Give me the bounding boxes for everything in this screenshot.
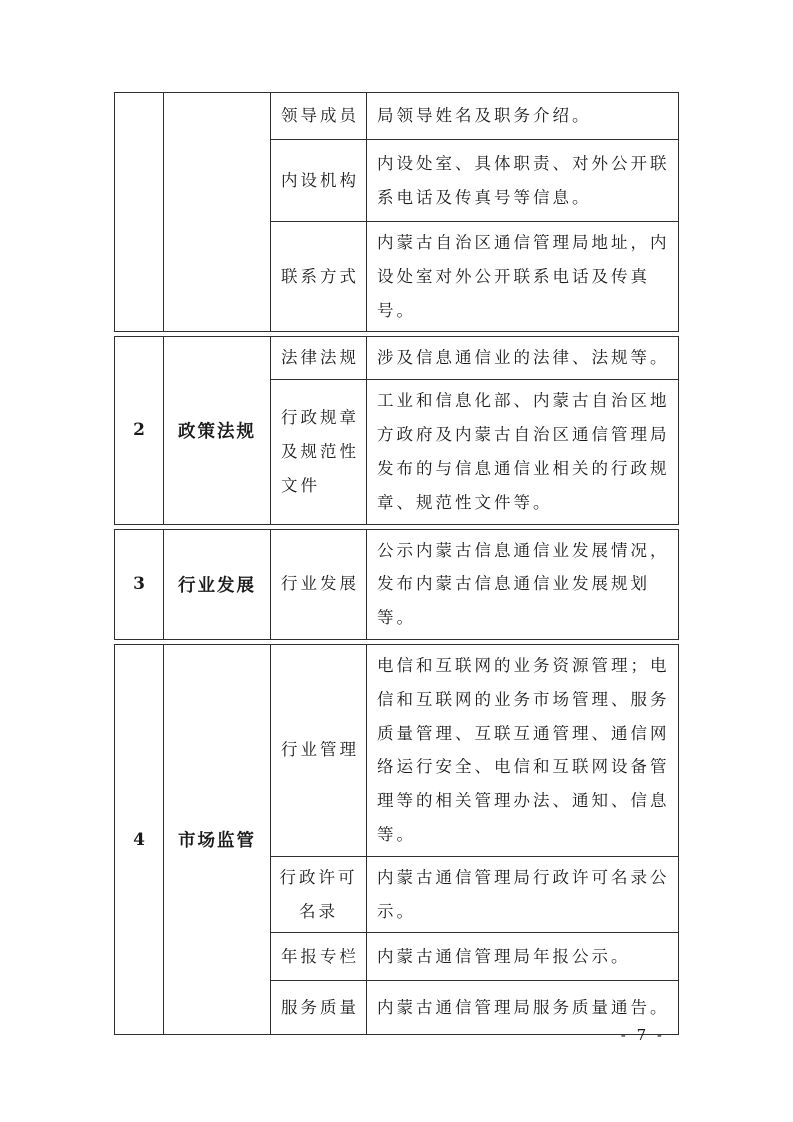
description-cell: 内设处室、具体职责、对外公开联系电话及传真号等信息。 xyxy=(367,140,679,222)
category-cell: 政策法规 xyxy=(164,337,271,524)
description-cell: 电信和互联网的业务资源管理；电信和互联网的业务市场管理、服务质量管理、互联互通管… xyxy=(367,644,679,856)
category-cell xyxy=(164,93,271,332)
subcategory-cell: 领导成员 xyxy=(271,93,367,140)
table-section-2: 2 政策法规 法律法规 涉及信息通信业的法律、法规等。 行政规章及规范性文件 工… xyxy=(114,336,679,524)
table-section-4: 4 市场监管 行业管理 电信和互联网的业务资源管理；电信和互联网的业务市场管理、… xyxy=(114,644,679,1036)
description-cell: 内蒙古自治区通信管理局地址，内设处室对外公开联系电话及传真号。 xyxy=(367,222,679,332)
document-page: 领导成员 局领导姓名及职务介绍。 内设机构 内设处室、具体职责、对外公开联系电话… xyxy=(0,0,793,1122)
description-cell: 内蒙古通信管理局年报公示。 xyxy=(367,933,679,981)
table-section-1: 领导成员 局领导姓名及职务介绍。 内设机构 内设处室、具体职责、对外公开联系电话… xyxy=(114,92,679,332)
row-number-cell xyxy=(115,93,164,332)
description-cell: 涉及信息通信业的法律、法规等。 xyxy=(367,337,679,380)
description-cell: 局领导姓名及职务介绍。 xyxy=(367,93,679,140)
description-cell: 内蒙古通信管理局行政许可名录公示。 xyxy=(367,856,679,933)
row-number-cell: 3 xyxy=(115,529,164,639)
row-number-cell: 4 xyxy=(115,644,164,1035)
directory-table: 领导成员 局领导姓名及职务介绍。 内设机构 内设处室、具体职责、对外公开联系电话… xyxy=(114,92,678,1039)
subcategory-cell: 行业发展 xyxy=(271,529,367,639)
subcategory-cell: 行业管理 xyxy=(271,644,367,856)
subcategory-cell: 行政许可名录 xyxy=(271,856,367,933)
subcategory-cell: 行政规章及规范性文件 xyxy=(271,380,367,524)
subcategory-cell: 联系方式 xyxy=(271,222,367,332)
description-cell: 公示内蒙古信息通信业发展情况，发布内蒙古信息通信业发展规划等。 xyxy=(367,529,679,639)
subcategory-cell: 法律法规 xyxy=(271,337,367,380)
category-cell: 市场监管 xyxy=(164,644,271,1035)
row-number-cell: 2 xyxy=(115,337,164,524)
table-section-3: 3 行业发展 行业发展 公示内蒙古信息通信业发展情况，发布内蒙古信息通信业发展规… xyxy=(114,529,679,640)
subcategory-cell: 服务质量 xyxy=(271,981,367,1035)
subcategory-cell: 内设机构 xyxy=(271,140,367,222)
category-cell: 行业发展 xyxy=(164,529,271,639)
page-number: - 7 - xyxy=(621,1026,665,1044)
subcategory-cell: 年报专栏 xyxy=(271,933,367,981)
description-cell: 工业和信息化部、内蒙古自治区地方政府及内蒙古自治区通信管理局发布的与信息通信业相… xyxy=(367,380,679,524)
